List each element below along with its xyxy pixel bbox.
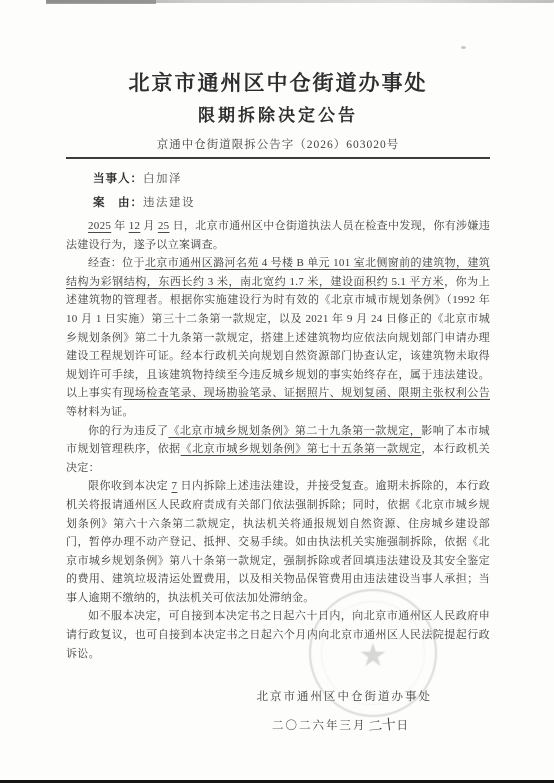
party-row: 当事人：白加泽 — [66, 172, 490, 186]
paragraph: 如不服本决定，可自接到本决定书之日起六十日内，向北京市通州区人民政府申请行政复议… — [66, 607, 490, 663]
signature-date-suffix: 日 — [397, 720, 411, 732]
issuing-authority-title: 北京市通州区中仓街道办事处 — [66, 70, 490, 96]
signature-date-prefix: 二〇二六年三月 — [272, 720, 367, 732]
paragraph: 2025 年 12 月 25 日，北京市通州区中仓街道执法人员在检查中发现，你有… — [66, 217, 490, 254]
party-name: 白加泽 — [143, 173, 182, 185]
case-meta: 当事人：白加泽 案 由：违法建设 — [66, 172, 490, 210]
signature-date: 二〇二六年三月二十日 — [66, 717, 410, 734]
case-value: 违法建设 — [143, 197, 195, 209]
scanned-notice-page: ★ 北京市通州区中仓街道办事处 限期拆除决定公告 京通中仓街道限拆公告字（202… — [0, 0, 554, 783]
document-content: 北京市通州区中仓街道办事处 限期拆除决定公告 京通中仓街道限拆公告字（2026）… — [66, 70, 490, 734]
signature-date-day-handwritten: 二十 — [367, 717, 397, 736]
paragraph: 经查：位于北京市通州区潞河名苑 4 号楼 B 单元 101 室北侧窗前的建筑物，… — [66, 254, 490, 421]
signature-block: 北京市通州区中仓街道办事处 二〇二六年三月二十日 — [66, 690, 432, 734]
paragraph: 限你收到本决定 7 日内拆除上述违法建设，并接受复查。逾期未拆除的，本行政机关将… — [66, 477, 490, 607]
case-row: 案 由：违法建设 — [66, 196, 490, 210]
header-rule — [66, 157, 490, 159]
document-number: 京通中仓街道限拆公告字（2026）603020号 — [66, 138, 490, 157]
case-label: 案 由： — [93, 197, 143, 209]
scan-speck — [461, 46, 466, 49]
paragraph: 你的行为违反了《北京市城乡规划条例》第二十九条第一款规定，影响了本市城市规划管理… — [66, 422, 490, 478]
notice-title: 限期拆除决定公告 — [66, 105, 490, 126]
scan-edge-top-notch — [46, 0, 156, 4]
signature-org: 北京市通州区中仓街道办事处 — [66, 690, 432, 704]
body-paragraphs: 2025 年 12 月 25 日，北京市通州区中仓街道执法人员在检查中发现，你有… — [66, 217, 490, 663]
party-label: 当事人： — [93, 173, 143, 185]
